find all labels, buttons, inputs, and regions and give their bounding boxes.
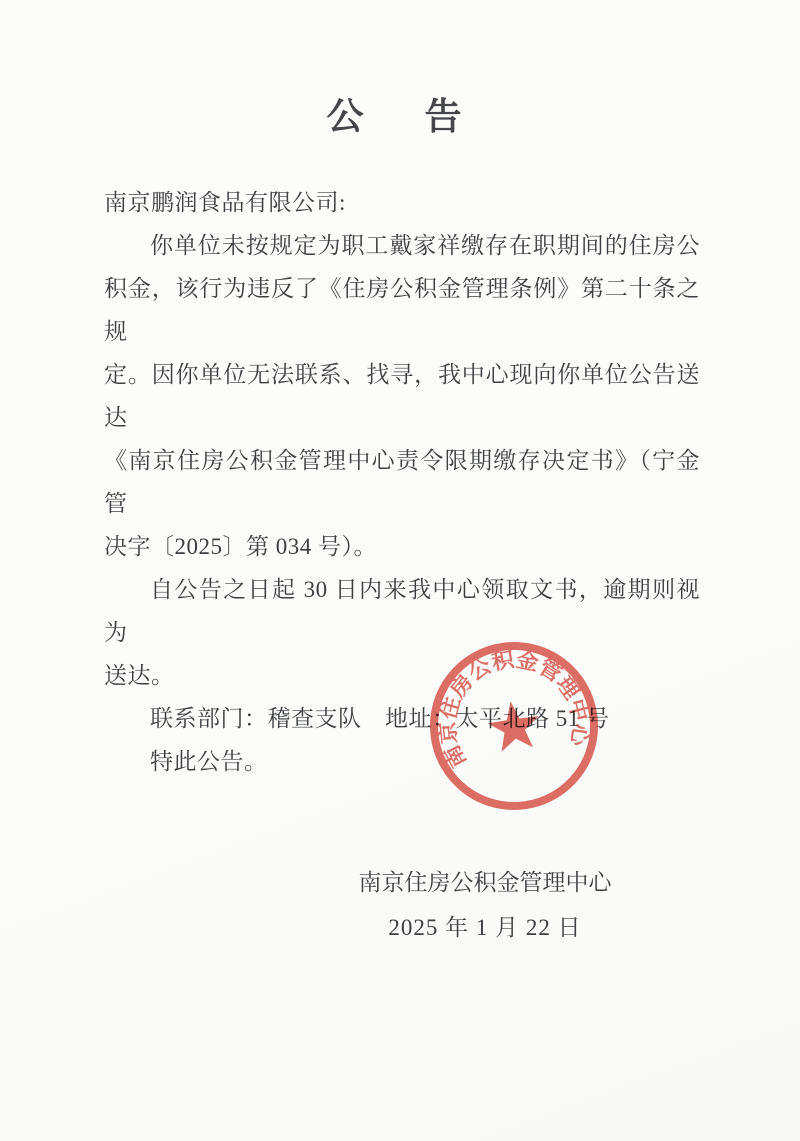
body-line: 定。因你单位无法联系、找寻，我中心现向你单位公告送达 [104,353,700,439]
body-line: 特此公告。 [104,740,700,783]
body-line: 送达。 [104,654,700,697]
body-line: 联系部门：稽查支队 地址：太平北路 51 号 [104,697,700,740]
body-line: 南京鹏润食品有限公司: [104,181,700,224]
issue-date: 2025 年 1 月 22 日 [170,905,800,950]
body-line: 《南京住房公积金管理中心责令限期缴存决定书》（宁金管 [104,439,700,525]
body-line: 决字〔2025〕第 034 号）。 [104,525,700,568]
body-line: 你单位未按规定为职工戴家祥缴存在职期间的住房公 [104,224,700,267]
notice-title: 公 告 [0,0,800,137]
notice-body: 南京鹏润食品有限公司:你单位未按规定为职工戴家祥缴存在职期间的住房公积金，该行为… [0,181,800,783]
closing-block: 南京住房公积金管理中心 2025 年 1 月 22 日 [0,860,800,950]
body-line: 自公告之日起 30 日内来我中心领取文书，逾期则视为 [104,568,700,654]
issuer-signature: 南京住房公积金管理中心 [170,860,800,905]
document-page: 公 告 南京鹏润食品有限公司:你单位未按规定为职工戴家祥缴存在职期间的住房公积金… [0,0,800,1141]
body-line: 积金，该行为违反了《住房公积金管理条例》第二十条之规 [104,267,700,353]
